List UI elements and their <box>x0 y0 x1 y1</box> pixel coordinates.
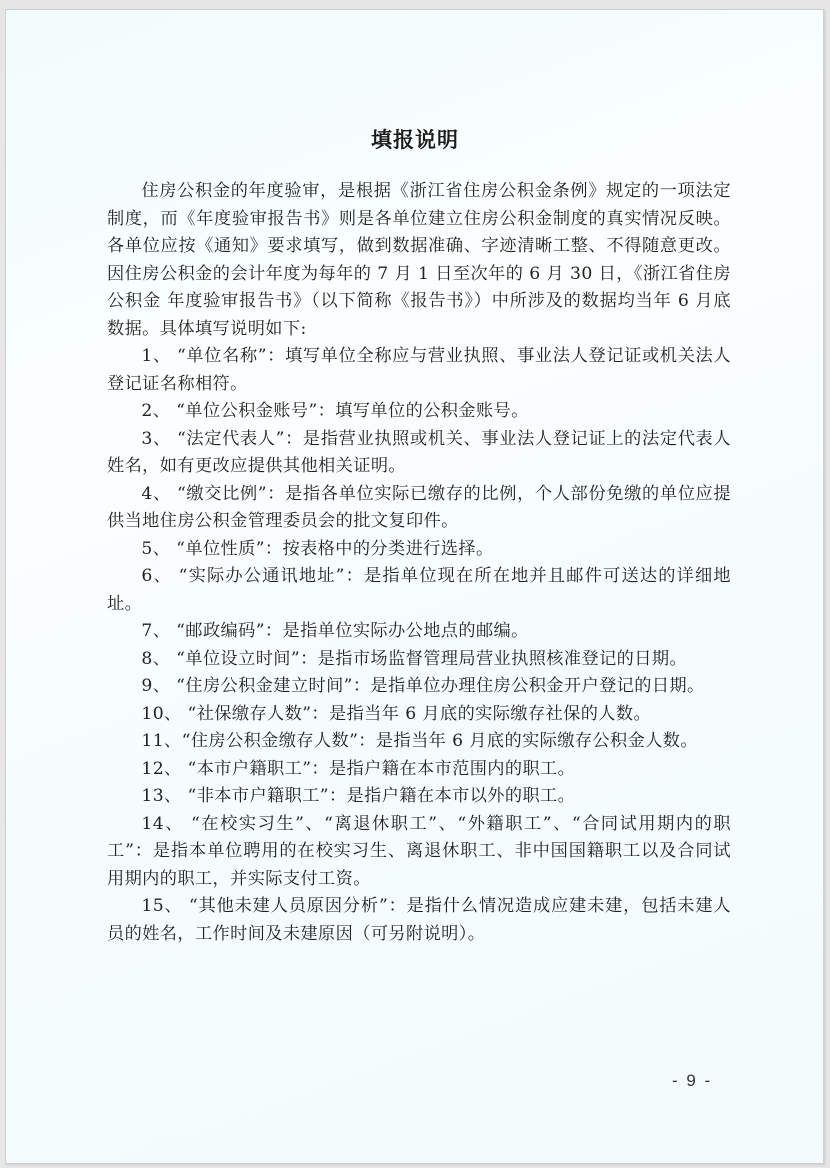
instruction-item-7: 7、 “邮政编码”：是指单位实际办公地点的邮编。 <box>107 618 731 646</box>
instruction-item-3: 3、 “法定代表人”：是指营业执照或机关、事业法人登记证上的法定代表人姓名，如有… <box>107 426 731 481</box>
instruction-item-14: 14、 “在校实习生”、“离退休职工”、“外籍职工”、“合同试用期内的职工”：是… <box>107 811 731 894</box>
instruction-item-8: 8、 “单位设立时间”：是指市场监督管理局营业执照核准登记的日期。 <box>107 646 731 674</box>
instruction-item-4: 4、 “缴交比例”：是指各单位实际已缴存的比例，个人部份免缴的单位应提供当地住房… <box>107 481 731 536</box>
instruction-item-13: 13、 “非本市户籍职工”：是指户籍在本市以外的职工。 <box>107 783 731 811</box>
document-body: 住房公积金的年度验审，是根据《浙江省住房公积金条例》规定的一项法定制度，而《年度… <box>107 178 731 948</box>
intro-paragraph: 住房公积金的年度验审，是根据《浙江省住房公积金条例》规定的一项法定制度，而《年度… <box>107 178 731 343</box>
instruction-item-9: 9、 “住房公积金建立时间”：是指单位办理住房公积金开户登记的日期。 <box>107 673 731 701</box>
instruction-item-10: 10、 “社保缴存人数”：是指当年 6 月底的实际缴存社保的人数。 <box>107 701 731 729</box>
instruction-item-1: 1、 “单位名称”：填写单位全称应与营业执照、事业法人登记证或机关法人登记证名称… <box>107 343 731 398</box>
document-title: 填报说明 <box>0 124 830 154</box>
instruction-item-5: 5、 “单位性质”：按表格中的分类进行选择。 <box>107 536 731 564</box>
page-number: - 9 - <box>672 1071 712 1091</box>
instruction-item-6: 6、 “实际办公通讯地址”：是指单位现在所在地并且邮件可送达的详细地址。 <box>107 563 731 618</box>
instruction-item-15: 15、 “其他未建人员原因分析”：是指什么情况造成应建未建，包括未建人员的姓名，… <box>107 893 731 948</box>
instruction-item-11: 11、“住房公积金缴存人数”：是指当年 6 月底的实际缴存公积金人数。 <box>107 728 731 756</box>
instruction-item-12: 12、 “本市户籍职工”：是指户籍在本市范围内的职工。 <box>107 756 731 784</box>
instruction-item-2: 2、 “单位公积金账号”：填写单位的公积金账号。 <box>107 398 731 426</box>
